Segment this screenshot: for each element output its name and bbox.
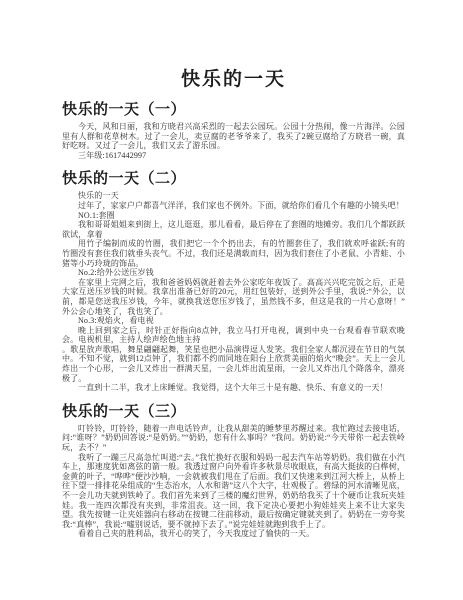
essay-paragraph: 晚上回到家之后，时针正好指向8点钟，我立马打开电视，调到中央一台观看春节联欢晚会… bbox=[62, 326, 405, 345]
essay-paragraph: 我和哥哥姐姐来到街上，这儿逛逛，那儿看看，最后停在了套圈的地摊旁。我们几个都跃跃… bbox=[62, 220, 405, 239]
essay-paragraph: 在家里上完网之后，我和爸爸妈妈就赶着去外公家吃年夜饭了。高高兴兴吃完饭之后，正是… bbox=[62, 278, 405, 316]
essay-paragraph: 看着自己夹的胜利品，我开心的笑了，今天我度过了愉快的一天。 bbox=[62, 529, 405, 539]
section-body-2: 快乐的一天 过年了，家家户户都喜气洋洋，我们家也不例外。下面，就给你们看几个有趣… bbox=[62, 191, 405, 392]
essay-section-1: 快乐的一天（一） 今天，风和日丽，我和方晓君兴高采烈的一起去公园玩。公园十分热闹… bbox=[62, 98, 405, 160]
essay-subtitle-line: 快乐的一天 bbox=[62, 191, 405, 201]
section-heading-3: 快乐的一天（三） bbox=[62, 400, 405, 421]
essay-paragraph-continuation: 。歌星放声歌唱，舞星翩翩起舞，笑星也把小品演得逗人发笑。我们全家人都沉浸在节日的… bbox=[62, 345, 405, 383]
list-label-no2: No.2:给外公送压岁钱 bbox=[62, 268, 405, 278]
essay-paragraph: 过年了，家家户户都喜气洋洋，我们家也不例外。下面，就给你们看几个有趣的小镜头吧！ bbox=[62, 201, 405, 211]
essay-section-2: 快乐的一天（二） 快乐的一天 过年了，家家户户都喜气洋洋，我们家也不例外。下面，… bbox=[62, 167, 405, 392]
section-heading-2: 快乐的一天（二） bbox=[62, 167, 405, 188]
essay-paragraph: 用竹子编制而成的竹圈，我们把它一个个扔出去，有的竹圈套住了，我们就欢呼雀跃;有的… bbox=[62, 239, 405, 268]
essay-title: 快乐的一天 bbox=[62, 64, 405, 91]
section-body-1: 今天，风和日丽，我和方晓君兴高采烈的一起去公园玩。公园十分热闹，像一片海洋。公园… bbox=[62, 122, 405, 160]
list-label-no1: NO.1:套圈 bbox=[62, 211, 405, 221]
essay-paragraph: 我听了一蹦三尺高急忙叫道:“去。”我忙换好衣服和妈妈一起去汽车站等奶奶。我们做在… bbox=[62, 453, 405, 530]
essay-section-3: 快乐的一天（三） 叮铃铃，叮铃铃，随着一声电话铃声，让我从甜美的睡梦里苏醒过来。… bbox=[62, 400, 405, 539]
section-heading-1: 快乐的一天（一） bbox=[62, 98, 405, 119]
list-label-no3: No.3:观焰火，看电视 bbox=[62, 316, 405, 326]
document-page: 快乐的一天 快乐的一天（一） 今天，风和日丽，我和方晓君兴高采烈的一起去公园玩。… bbox=[0, 0, 463, 600]
author-line: 三年级:1617442997 bbox=[62, 151, 405, 161]
section-body-3: 叮铃铃，叮铃铃，随着一声电话铃声，让我从甜美的睡梦里苏醒过来。我忙跑过去接电话，… bbox=[62, 424, 405, 539]
essay-paragraph: 今天，风和日丽，我和方晓君兴高采烈的一起去公园玩。公园十分热闹，像一片海洋。公园… bbox=[62, 122, 405, 151]
essay-paragraph: 叮铃铃，叮铃铃，随着一声电话铃声，让我从甜美的睡梦里苏醒过来。我忙跑过去接电话，… bbox=[62, 424, 405, 453]
essay-paragraph: 一直到十二半，我才上床睡觉。我觉得，这个大年三十是有趣、快乐、有意义的一天！ bbox=[62, 383, 405, 393]
